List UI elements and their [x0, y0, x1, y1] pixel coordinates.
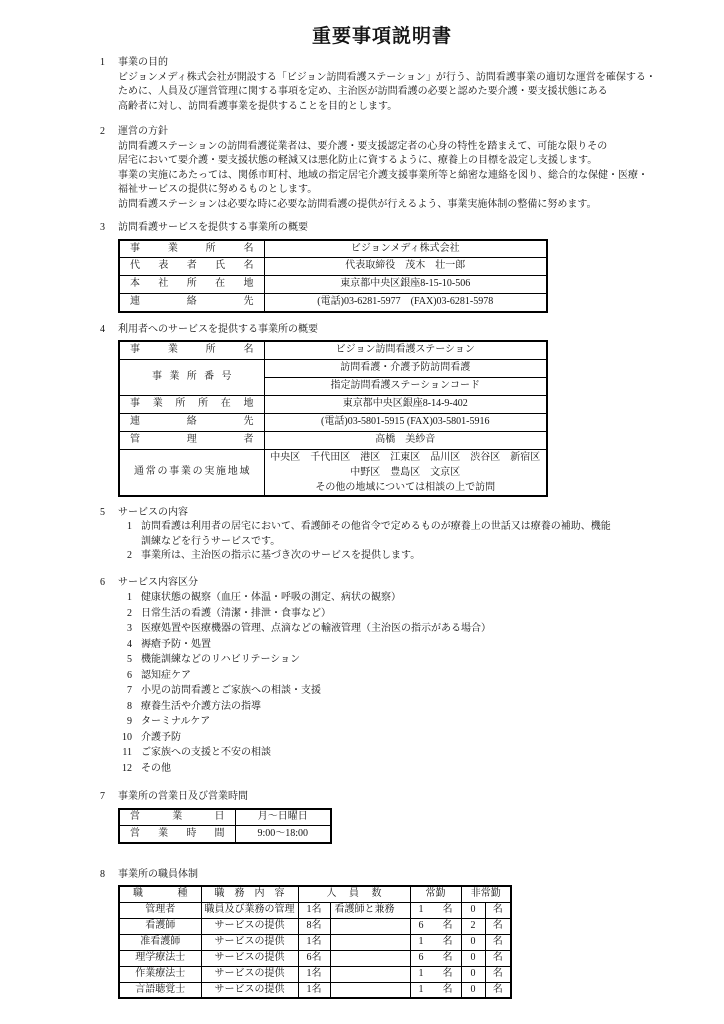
- section-7-header: 7 事業所の営業日及び営業時間: [100, 790, 664, 805]
- count-number: 1: [419, 983, 424, 998]
- table-row: 本社所在地 東京都中央区銀座8-15-10-506: [119, 276, 547, 294]
- table-row: 事業所所在地 東京都中央区銀座8-14-9-402: [119, 395, 547, 413]
- paragraph-line: ビジョンメディ株式会社が開設する「ビジョン訪問看護ステーション」が行う、訪問看護…: [118, 71, 664, 86]
- staff-role: 准看護師: [119, 934, 201, 950]
- list-item: 1健康状態の観察（血圧・体温・呼吸の測定、病状の観察）: [118, 590, 664, 606]
- staff-role: 看護師: [119, 918, 201, 934]
- item-text: 療養生活や介護方法の指導: [141, 699, 615, 715]
- section-policy: 2 運営の方針 訪問看護ステーションの訪問看護従業者は、要介護・要支援認定者の心…: [100, 125, 664, 212]
- staff-table: 職種 職務内容 人員数 常勤 非常勤 管理者 職員及び業務の管理 1名 看護師と…: [118, 885, 512, 999]
- item-text: 機能訓練などのリハビリテーション: [141, 652, 615, 668]
- section-heading: 事業所の営業日及び営業時間: [118, 790, 248, 805]
- list-item: 9ターミナルケア: [118, 714, 664, 730]
- item-number: 5: [118, 652, 132, 668]
- table-row: 事業所番号 訪問看護・介護予防訪問看護: [119, 359, 547, 377]
- row-value: 9:00～18:00: [235, 826, 331, 843]
- row-value: (電話)03-6281-5977 (FAX)03-6281-5978: [264, 294, 547, 312]
- list-item: 11ご家族への支援と不安の相談: [118, 745, 664, 761]
- staff-count: 6名: [298, 950, 330, 966]
- count-unit: 名: [443, 951, 453, 966]
- row-label: 事業所番号: [119, 359, 264, 395]
- row-value: 東京都中央区銀座8-14-9-402: [264, 395, 547, 413]
- paragraph-line: 訪問看護ステーションは必要な時に必要な訪問看護の提供が行えるよう、事業実施体制の…: [118, 198, 664, 213]
- row-label: 事業所名: [119, 341, 264, 359]
- section-heading: 運営の方針: [118, 125, 168, 140]
- staff-role: 作業療法士: [119, 966, 201, 982]
- count-unit: 名: [443, 919, 453, 934]
- column-header: 非常勤: [461, 886, 511, 902]
- fulltime-count: 1名: [410, 934, 461, 950]
- section-provider-overview: 3 訪問看護サービスを提供する事業所の概要 事業所名 ビジョンメディ株式会社 代…: [100, 221, 664, 313]
- table-row: 営業時間 9:00～18:00: [119, 826, 331, 843]
- count-unit: 名: [312, 967, 322, 982]
- item-number: 9: [118, 714, 132, 730]
- row-label: 事業所名: [119, 240, 264, 258]
- staff-note: [330, 966, 410, 982]
- parttime-count: 0: [461, 982, 485, 998]
- section-heading: 利用者へのサービスを提供する事業所の概要: [118, 323, 318, 338]
- section-5-header: 5 サービスの内容: [100, 506, 664, 521]
- table-row: 代表者氏名 代表取締役 茂木 壮一郎: [119, 258, 547, 276]
- document-page: 重要事項説明書 1 事業の目的 ビジョンメディ株式会社が開設する「ビジョン訪問看…: [0, 0, 724, 1024]
- row-label: 管理者: [119, 431, 264, 449]
- staff-row: 理学療法士 サービスの提供 6名 6名 0 名: [119, 950, 511, 966]
- staff-duty: サービスの提供: [201, 966, 298, 982]
- staff-note: [330, 950, 410, 966]
- parttime-unit: 名: [485, 902, 511, 918]
- staff-row: 管理者 職員及び業務の管理 1名 看護師と兼務 1名 0 名: [119, 902, 511, 918]
- section-number: 7: [100, 790, 118, 805]
- section-4-header: 4 利用者へのサービスを提供する事業所の概要: [100, 323, 664, 338]
- list-item: 5機能訓練などのリハビリテーション: [118, 652, 664, 668]
- parttime-unit: 名: [485, 950, 511, 966]
- item-number: 8: [118, 699, 132, 715]
- count-unit: 名: [443, 935, 453, 950]
- row-label: 通常の事業の実施地域: [119, 449, 264, 496]
- section-1-paragraph: ビジョンメディ株式会社が開設する「ビジョン訪問看護ステーション」が行う、訪問看護…: [118, 71, 664, 115]
- count-unit: 名: [312, 983, 322, 998]
- row-value: ビジョン訪問看護ステーション: [264, 341, 547, 359]
- table-row: 営業日 月～日曜日: [119, 809, 331, 826]
- item-text: 健康状態の観察（血圧・体温・呼吸の測定、病状の観察）: [141, 590, 615, 606]
- fulltime-count: 1名: [410, 966, 461, 982]
- table-row: 通常の事業の実施地域 中央区 千代田区 港区 江東区 品川区 渋谷区 新宿区 中…: [119, 449, 547, 496]
- paragraph-line: ために、人員及び運営管理に関する事項を定め、主治医が訪問看護の必要と認めた要介護…: [118, 85, 664, 100]
- item-text: その他: [141, 761, 615, 777]
- item-number: 10: [118, 730, 132, 746]
- parttime-unit: 名: [485, 966, 511, 982]
- row-value: 指定訪問看護ステーションコード: [264, 377, 547, 395]
- parttime-count: 0: [461, 934, 485, 950]
- section-number: 1: [100, 56, 118, 71]
- item-number: 11: [118, 745, 132, 761]
- paragraph-line: 居宅において要介護・要支援状態の軽減又は悪化防止に資するように、療養上の目標を設…: [118, 154, 664, 169]
- count-number: 6: [419, 919, 424, 934]
- staff-count: 1名: [298, 966, 330, 982]
- item-number: 12: [118, 761, 132, 777]
- staff-duty: サービスの提供: [201, 934, 298, 950]
- list-item: 10介護予防: [118, 730, 664, 746]
- provider-overview-table: 事業所名 ビジョンメディ株式会社 代表者氏名 代表取締役 茂木 壮一郎 本社所在…: [118, 239, 548, 313]
- parttime-count: 0: [461, 902, 485, 918]
- section-number: 4: [100, 323, 118, 338]
- area-line: 中野区 豊島区 文京区: [268, 465, 544, 480]
- item-number: 7: [118, 683, 132, 699]
- list-item: 12その他: [118, 761, 664, 777]
- staff-table-header-row: 職種 職務内容 人員数 常勤 非常勤: [119, 886, 511, 902]
- staff-row: 准看護師 サービスの提供 1名 1名 0 名: [119, 934, 511, 950]
- section-3-header: 3 訪問看護サービスを提供する事業所の概要: [100, 221, 664, 236]
- item-text: ターミナルケア: [141, 714, 615, 730]
- count-number: 1: [419, 935, 424, 950]
- row-label: 営業時間: [119, 826, 235, 843]
- staff-note: [330, 918, 410, 934]
- service-area-cell: 中央区 千代田区 港区 江東区 品川区 渋谷区 新宿区 中野区 豊島区 文京区 …: [264, 449, 547, 496]
- list-item: 2 事業所は、主治医の指示に基づき次のサービスを提供します。: [118, 549, 664, 564]
- section-heading: サービス内容区分: [118, 576, 198, 591]
- section-purpose: 1 事業の目的 ビジョンメディ株式会社が開設する「ビジョン訪問看護ステーション」…: [100, 56, 664, 114]
- staff-duty: サービスの提供: [201, 918, 298, 934]
- parttime-count: 0: [461, 950, 485, 966]
- staff-role: 言語聴覚士: [119, 982, 201, 998]
- row-value: 訪問看護・介護予防訪問看護: [264, 359, 547, 377]
- section-number: 5: [100, 506, 118, 521]
- parttime-unit: 名: [485, 982, 511, 998]
- staff-note: [330, 934, 410, 950]
- item-text: ご家族への支援と不安の相談: [141, 745, 615, 761]
- section-service-categories: 6 サービス内容区分 1健康状態の観察（血圧・体温・呼吸の測定、病状の観察） 2…: [100, 576, 664, 777]
- row-value: 月～日曜日: [235, 809, 331, 826]
- fulltime-count: 1名: [410, 902, 461, 918]
- item-number: 6: [118, 668, 132, 684]
- staff-role: 管理者: [119, 902, 201, 918]
- staff-row: 看護師 サービスの提供 8名 6名 2 名: [119, 918, 511, 934]
- row-value: 東京都中央区銀座8-15-10-506: [264, 276, 547, 294]
- staff-role: 理学療法士: [119, 950, 201, 966]
- staff-note: [330, 982, 410, 998]
- paragraph-line: 訪問看護ステーションの訪問看護従業者は、要介護・要支援認定者の心身の特性を踏まえ…: [118, 140, 664, 155]
- count-number: 1: [419, 967, 424, 982]
- fulltime-count: 1名: [410, 982, 461, 998]
- section-heading: 訪問看護サービスを提供する事業所の概要: [118, 221, 308, 236]
- row-value: ビジョンメディ株式会社: [264, 240, 547, 258]
- paragraph-line: 事業の実施にあたっては、関係市町村、地域の指定居宅介護支援事業所等と綿密な連絡を…: [118, 169, 664, 184]
- fulltime-count: 6名: [410, 950, 461, 966]
- section-number: 6: [100, 576, 118, 591]
- staff-row: 作業療法士 サービスの提供 1名 1名 0 名: [119, 966, 511, 982]
- parttime-count: 2: [461, 918, 485, 934]
- list-item: 1 訪問看護は利用者の居宅において、看護師その他省令で定めるものが療養上の世話又…: [118, 520, 664, 549]
- row-label: 代表者氏名: [119, 258, 264, 276]
- item-text: 認知症ケア: [141, 668, 615, 684]
- row-label: 連絡先: [119, 413, 264, 431]
- area-line: 中央区 千代田区 港区 江東区 品川区 渋谷区 新宿区: [268, 450, 544, 465]
- count-unit: 名: [312, 919, 322, 934]
- section-number: 2: [100, 125, 118, 140]
- section-heading: サービスの内容: [118, 506, 188, 521]
- staff-count: 1名: [298, 902, 330, 918]
- section-2-paragraph: 訪問看護ステーションの訪問看護従業者は、要介護・要支援認定者の心身の特性を踏まえ…: [118, 140, 664, 213]
- item-number: 1: [118, 520, 132, 549]
- staff-count: 1名: [298, 934, 330, 950]
- section-heading: 事業所の職員体制: [118, 868, 198, 883]
- item-text: 褥瘡予防・処置: [141, 637, 615, 653]
- section-service-content: 5 サービスの内容 1 訪問看護は利用者の居宅において、看護師その他省令で定める…: [100, 506, 664, 564]
- column-header: 人員数: [298, 886, 410, 902]
- fulltime-count: 6名: [410, 918, 461, 934]
- item-text: 事業所は、主治医の指示に基づき次のサービスを提供します。: [141, 549, 615, 564]
- column-header: 職種: [119, 886, 201, 902]
- item-number: 2: [118, 606, 132, 622]
- document-content: 重要事項説明書 1 事業の目的 ビジョンメディ株式会社が開設する「ビジョン訪問看…: [0, 0, 724, 999]
- section-heading: 事業の目的: [118, 56, 168, 71]
- service-office-table: 事業所名 ビジョン訪問看護ステーション 事業所番号 訪問看護・介護予防訪問看護 …: [118, 340, 548, 497]
- paragraph-line: 高齢者に対し、訪問看護事業を提供することを目的とします。: [118, 100, 664, 115]
- table-row: 連絡先 (電話)03-6281-5977 (FAX)03-6281-5978: [119, 294, 547, 312]
- count-number: 6: [419, 951, 424, 966]
- staff-duty: サービスの提供: [201, 950, 298, 966]
- column-header: 職務内容: [201, 886, 298, 902]
- parttime-unit: 名: [485, 934, 511, 950]
- row-value: (電話)03-5801-5915 (FAX)03-5801-5916: [264, 413, 547, 431]
- item-number: 4: [118, 637, 132, 653]
- staff-duty: 職員及び業務の管理: [201, 902, 298, 918]
- section-number: 8: [100, 868, 118, 883]
- list-item: 3医療処置や医療機器の管理、点滴などの輸液管理（主治医の指示がある場合）: [118, 621, 664, 637]
- staff-row: 言語聴覚士 サービスの提供 1名 1名 0 名: [119, 982, 511, 998]
- count-unit: 名: [312, 903, 322, 918]
- row-value: 高橋 美紗音: [264, 431, 547, 449]
- count-unit: 名: [312, 935, 322, 950]
- business-hours-table: 営業日 月～日曜日 営業時間 9:00～18:00: [118, 808, 332, 844]
- staff-count: 8名: [298, 918, 330, 934]
- table-row: 事業所名 ビジョン訪問看護ステーション: [119, 341, 547, 359]
- section-2-header: 2 運営の方針: [100, 125, 664, 140]
- row-label: 営業日: [119, 809, 235, 826]
- count-unit: 名: [443, 967, 453, 982]
- table-row: 連絡先 (電話)03-5801-5915 (FAX)03-5801-5916: [119, 413, 547, 431]
- section-8-header: 8 事業所の職員体制: [100, 868, 664, 883]
- count-number: 1: [419, 903, 424, 918]
- row-value: 代表取締役 茂木 壮一郎: [264, 258, 547, 276]
- staff-note: 看護師と兼務: [330, 902, 410, 918]
- staff-count: 1名: [298, 982, 330, 998]
- item-text: 小児の訪問看護とご家族への相談・支援: [141, 683, 615, 699]
- section-number: 3: [100, 221, 118, 236]
- list-item: 7小児の訪問看護とご家族への相談・支援: [118, 683, 664, 699]
- count-unit: 名: [312, 951, 322, 966]
- paragraph-line: 福祉サービスの提供に努めるものとします。: [118, 183, 664, 198]
- list-item: 6認知症ケア: [118, 668, 664, 684]
- count-unit: 名: [443, 903, 453, 918]
- item-number: 1: [118, 590, 132, 606]
- list-item: 2日常生活の看護（清潔・排泄・食事など）: [118, 606, 664, 622]
- row-label: 本社所在地: [119, 276, 264, 294]
- column-header: 常勤: [410, 886, 461, 902]
- section-1-header: 1 事業の目的: [100, 56, 664, 71]
- table-row: 事業所名 ビジョンメディ株式会社: [119, 240, 547, 258]
- list-item: 4褥瘡予防・処置: [118, 637, 664, 653]
- item-number: 2: [118, 549, 132, 564]
- item-text: 医療処置や医療機器の管理、点滴などの輸液管理（主治医の指示がある場合）: [141, 621, 615, 637]
- table-row: 管理者 高橋 美紗音: [119, 431, 547, 449]
- row-label: 連絡先: [119, 294, 264, 312]
- count-unit: 名: [443, 983, 453, 998]
- item-text: 介護予防: [141, 730, 615, 746]
- section-business-hours: 7 事業所の営業日及び営業時間 営業日 月～日曜日 営業時間 9:00～18:0…: [100, 790, 664, 844]
- staff-duty: サービスの提供: [201, 982, 298, 998]
- row-label: 事業所所在地: [119, 395, 264, 413]
- list-item: 8療養生活や介護方法の指導: [118, 699, 664, 715]
- parttime-count: 0: [461, 966, 485, 982]
- section-service-office-overview: 4 利用者へのサービスを提供する事業所の概要 事業所名 ビジョン訪問看護ステーシ…: [100, 323, 664, 497]
- item-number: 3: [118, 621, 132, 637]
- parttime-unit: 名: [485, 918, 511, 934]
- item-text: 訪問看護は利用者の居宅において、看護師その他省令で定めるものが療養上の世話又は療…: [141, 520, 615, 549]
- area-line: その他の地域については相談の上で訪問: [268, 480, 544, 495]
- section-staff-structure: 8 事業所の職員体制 職種 職務内容 人員数 常勤 非常勤 管理者 職員及び業務…: [100, 868, 664, 1000]
- page-title: 重要事項説明書: [100, 26, 664, 48]
- section-6-header: 6 サービス内容区分: [100, 576, 664, 591]
- item-text: 日常生活の看護（清潔・排泄・食事など）: [141, 606, 615, 622]
